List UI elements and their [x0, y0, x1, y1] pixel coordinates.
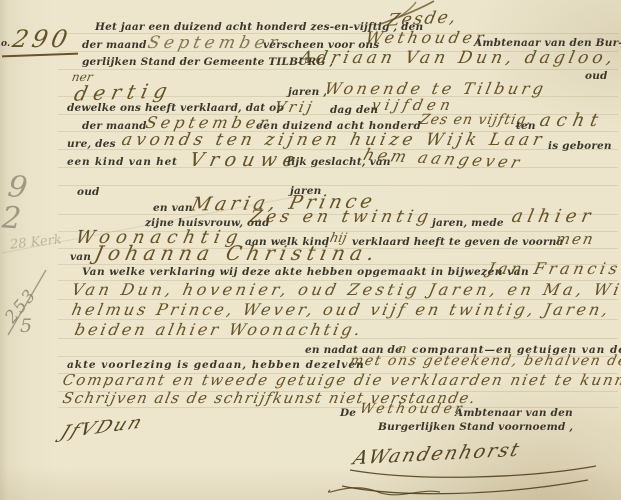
handwritten-place-of-birth: avonds ten zijnen huize Wijk Laar [120, 130, 547, 150]
handwritten-hour: acht [538, 110, 606, 131]
pencil-slash-icon [0, 265, 60, 343]
printed-line-19: akte voorlezing is gedaan, hebben dezelv… [67, 359, 365, 371]
printed-line-3: gerlijken Stand der Gemeente TILBURG , [82, 56, 333, 68]
printed-jaren: jaren , [288, 86, 327, 98]
printed-line-22: Ambtenaar van den [455, 407, 573, 419]
signature-declarant: JfVDun [57, 412, 147, 443]
handwritten-official-title-2: Wethouder [358, 401, 466, 417]
register-number-underline [2, 53, 78, 58]
handwritten-weekday: Vrij [273, 98, 316, 116]
printed-line-14: Van welke verklaring wij deze akte hebbe… [82, 266, 529, 278]
printed-line-2a: der maand [82, 39, 147, 51]
signature-flourish-icon [320, 440, 620, 500]
printed-line-11b: jaren, mede [432, 217, 504, 229]
handwritten-signing-note-2: Comparant en tweede getuige die verklaar… [61, 371, 621, 389]
handwritten-witness1-first: Jan Francis [486, 259, 621, 278]
handwritten-gender: Vrouwe [188, 149, 303, 171]
document-page: o. 290 Het jaar een duizend acht honderd… [0, 0, 621, 500]
handwritten-men: men [554, 230, 597, 248]
handwritten-declarant-name: Adriaan Van Dun, dagloo, [298, 48, 618, 68]
printed-line-7a: ure, des [67, 138, 116, 150]
printed-is-geboren: is geboren [548, 140, 612, 152]
handwritten-official-title: Wethouder [364, 28, 489, 47]
ruled-line [58, 69, 618, 70]
register-number-prefix: o. [1, 39, 10, 49]
handwritten-witness2-details: helmus Prince, Wever, oud vijf en twinti… [70, 300, 613, 319]
handwritten-alhier: alhier [510, 206, 598, 227]
register-number: 290 [10, 25, 74, 53]
ruled-line [58, 33, 618, 34]
printed-line-12b: verklaard heeft te geven de voorna [352, 236, 564, 248]
pencil-faint-diagonal-icon [0, 185, 320, 260]
printed-oud: oud [585, 70, 608, 82]
printed-line-23: Burgerlijken Stand voornoemd , [378, 421, 573, 433]
printed-de: De [340, 407, 356, 419]
printed-line-8a: een kind van het [67, 156, 178, 168]
handwritten-signing-note-1: met ons geteekend, behalven den [348, 353, 621, 369]
handwritten-witness1-details: Van Dun, hovenier, oud Zestig Jaren, en … [70, 280, 621, 299]
handwritten-witnesses-residence: beiden alhier Woonachtig. [73, 320, 365, 339]
